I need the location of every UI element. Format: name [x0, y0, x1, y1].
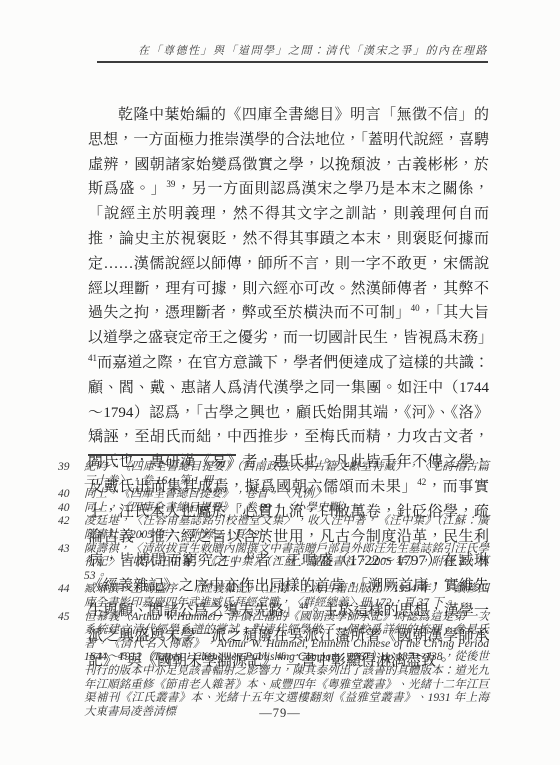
- footnote-item: 39紀昀，《四庫全書總目提要》（西南政法大學古籍文獻室特藏），〈毛詩稽古篇三十卷…: [58, 461, 489, 488]
- footnote-number: 40: [58, 488, 70, 502]
- header-rule: [97, 61, 488, 63]
- footnote-text: 恒慕義（Arthur W.Hummel）評價江藩的《國朝漢學師承記》時認爲這是第…: [84, 611, 489, 718]
- footnote-item: 40同上，《四庫全書總目提要》，卷首，〈凡例〉。: [58, 488, 489, 502]
- running-head-title: 在「尊德性」與「道問學」之間：清代「漢宋之爭」的內在理路: [138, 42, 488, 58]
- footnote-item: 42凌廷堪，〈汪容甫墓誌銘引校禮堂文集〉，收入汪中著，《汪中集》（江蘇：廣陵書社…: [58, 515, 489, 542]
- page-number: —79—: [0, 706, 560, 721]
- footnote-item: 45恒慕義（Arthur W.Hummel）評價江藩的《國朝漢學師承記》時認爲這…: [58, 611, 489, 720]
- footnote-number: 45: [58, 611, 70, 625]
- footnote-item: 40同上，《四庫全書總目提要》，卷 89，〈小學史斷〉。: [58, 502, 489, 516]
- footnotes-section: 39紀昀，《四庫全書總目提要》（西南政法大學古籍文獻室特藏），〈毛詩稽古篇三十卷…: [58, 461, 489, 719]
- document-page: 在「尊德性」與「道問學」之間：清代「漢宋之爭」的內在理路 乾隆中葉始編的《四庫全…: [0, 0, 560, 765]
- footnote-item: 44臧琳撰、王鳴盛序，《經義雜記》（上海：上海古籍出版社，1994 年），續修四…: [58, 583, 489, 610]
- footnote-text: 紀昀，《四庫全書總目提要》（西南政法大學古籍文獻室特藏），〈毛詩稽古篇三十卷〉，…: [84, 461, 489, 487]
- body-text-run: ，另一方面則認爲漢宋之學乃是本末之關係，「說經主於明義理，然不得其文字之訓詁，則…: [88, 181, 489, 321]
- footnote-item: 43陳壽祺，〈清故拔貢生敕贈內閣撰文中書誥贈戶部員外郎汪先生墓誌銘引汪氏學行記〉…: [58, 543, 489, 584]
- footnote-text: 臧琳撰、王鳴盛序，《經義雜記》（上海：上海古籍出版社，1994 年），續修四庫全…: [84, 583, 489, 609]
- footnote-text: 陳壽祺，〈清故拔貢生敕贈內閣撰文中書誥贈戶部員外郎汪先生墓誌銘引汪氏學行記〉，收…: [84, 543, 489, 582]
- footnote-number: 39: [58, 461, 70, 475]
- footnote-text: 凌廷堪，〈汪容甫墓誌銘引校禮堂文集〉，收入汪中著，《汪中集》（江蘇：廣陵書社，2…: [84, 515, 489, 541]
- footnote-number: 40: [58, 502, 70, 516]
- footnote-number: 44: [58, 583, 70, 597]
- footnote-text: 同上，《四庫全書總目提要》，卷首，〈凡例〉。: [84, 488, 337, 500]
- footnote-text: 同上，《四庫全書總目提要》，卷 89，〈小學史斷〉。: [84, 502, 363, 514]
- footnote-number: 43: [58, 543, 70, 557]
- footnote-reference: 40: [411, 303, 420, 313]
- footnote-reference: 41: [88, 353, 97, 363]
- footnote-number: 42: [58, 515, 70, 529]
- footnote-separator-rule: [88, 454, 236, 456]
